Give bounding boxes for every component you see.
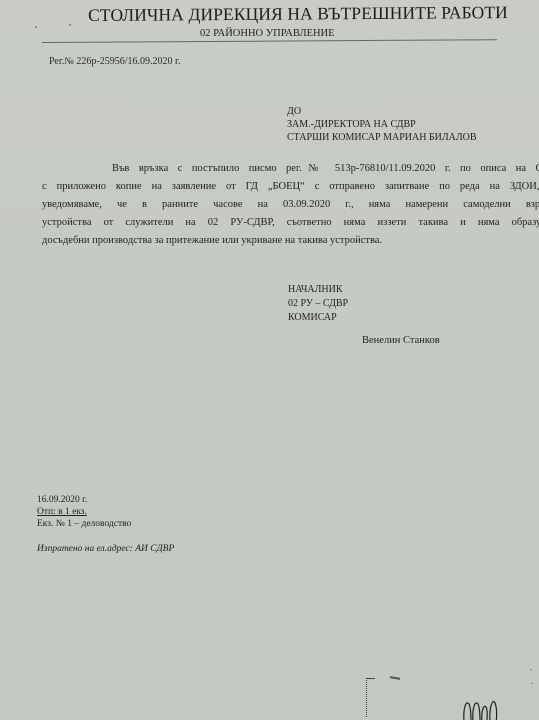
registration-number: Рег.№ 226р-25956/16.09.2020 г. bbox=[49, 56, 180, 67]
addressee-line: ДО bbox=[287, 105, 477, 118]
footer-date: 16.09.2020 г. bbox=[37, 494, 131, 506]
scan-speck bbox=[531, 683, 533, 684]
addressee-line: ЗАМ.-ДИРЕКТОРА НА СДВР bbox=[287, 118, 477, 131]
body-line: устройства от служители на 02 РУ-СДВР, с… bbox=[42, 214, 539, 232]
scan-speck bbox=[69, 24, 71, 26]
body-line: Във връзка с постъпило писмо рег.№ 513р-… bbox=[42, 160, 539, 178]
footer-copy-note: Екз. № 1 – деловодство bbox=[37, 518, 131, 530]
signer-name: Венелин Станков bbox=[362, 335, 440, 346]
addressee-block: ДО ЗАМ.-ДИРЕКТОРА НА СДВР СТАРШИ КОМИСАР… bbox=[287, 105, 477, 144]
footer-copies: Отп: в 1 екз. bbox=[37, 506, 131, 518]
signature-unit: 02 РУ – СДВР bbox=[288, 297, 348, 311]
scan-speck bbox=[35, 26, 37, 28]
addressee-line: СТАРШИ КОМИСАР МАРИАН БИЛАЛОВ bbox=[287, 131, 477, 144]
letter-body: Във връзка с постъпило писмо рег.№ 513р-… bbox=[42, 160, 539, 250]
letterhead-subtitle: 02 РАЙОННО УПРАВЛЕНИЕ bbox=[200, 28, 335, 39]
body-line: с приложено копие на заявление от ГД „БО… bbox=[42, 178, 539, 196]
letterhead-rule bbox=[42, 39, 497, 43]
signature-block: НАЧАЛНИК 02 РУ – СДВР КОМИСАР bbox=[288, 283, 348, 325]
scanned-letter-page: СТОЛИЧНА ДИРЕКЦИЯ НА ВЪТРЕШНИТЕ РАБОТИ 0… bbox=[0, 0, 539, 720]
letterhead-title: СТОЛИЧНА ДИРЕКЦИЯ НА ВЪТРЕШНИТЕ РАБОТИ bbox=[88, 2, 508, 26]
scan-speck bbox=[530, 669, 532, 670]
body-line: досъдебни производства за притежание или… bbox=[42, 232, 539, 250]
stamp-corner-mark bbox=[366, 678, 375, 717]
sent-to-note: Изпратено на ел.адрес: АИ СДВР bbox=[37, 544, 174, 554]
body-line: уведомяваме, че в ранните часове на 03.0… bbox=[42, 196, 539, 214]
signature-title: НАЧАЛНИК bbox=[288, 283, 348, 297]
signature-rank: КОМИСАР bbox=[288, 311, 348, 325]
handwritten-signature-icon bbox=[462, 698, 502, 720]
footer-block: 16.09.2020 г. Отп: в 1 екз. Екз. № 1 – д… bbox=[37, 494, 131, 530]
pen-mark bbox=[390, 676, 400, 680]
